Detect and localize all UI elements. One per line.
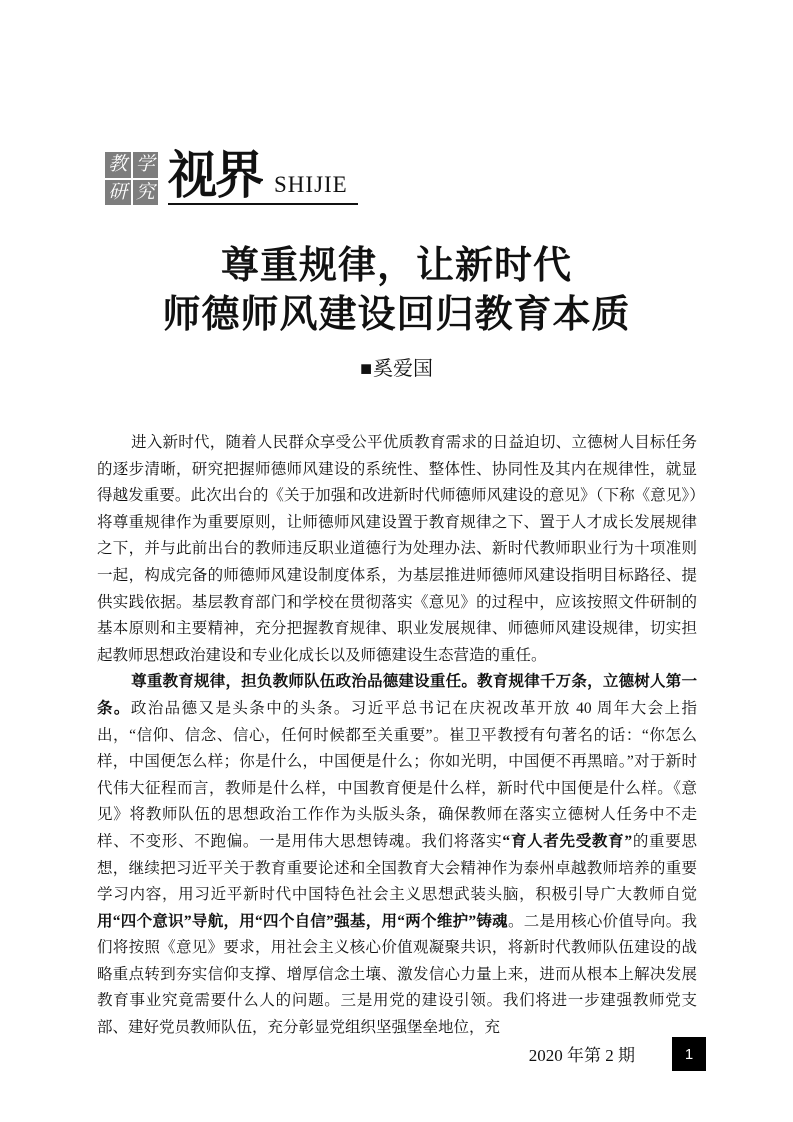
article-title-line2: 师德师风建设回归教育本质 (162, 294, 630, 336)
article-body: 进入新时代，随着人民群众享受公平优质教育需求的日益迫切、立德树人目标任务的逐步清… (97, 430, 697, 1042)
paragraph-2-bold-slogan: 用“四个意识”导航，用“四个自信”强基，用“两个维护”铸魂 (97, 913, 508, 930)
logo-cell: 研 (105, 180, 131, 206)
logo-cell: 究 (133, 180, 159, 206)
author-line: ■奚爱国 (0, 352, 793, 381)
section-title: 视界 SHIJIE (168, 153, 358, 205)
issue-label: 2020 年第 2 期 (400, 1041, 635, 1066)
paragraph-2-segment-1: 政治品德又是头条中的头条。习近平总书记在庆祝改革开放 40 周年大会上指出，“信… (97, 700, 697, 850)
paragraph-2-bold-quote: “育人者先受教育” (502, 833, 632, 850)
logo-cell: 教 (105, 152, 131, 178)
masthead: 教 学 研 究 视界 SHIJIE (105, 152, 358, 205)
paragraph-2: 尊重教育规律，担负教师队伍政治品德建设重任。教育规律千万条，立德树人第一条。政治… (97, 669, 697, 1041)
page-number-badge: 1 (672, 1037, 706, 1071)
section-name-cn: 视界 (168, 152, 262, 201)
paragraph-1-text: 进入新时代，随着人民群众享受公平优质教育需求的日益迫切、立德树人目标任务的逐步清… (97, 434, 697, 664)
article-title: 尊重规律，让新时代 师德师风建设回归教育本质 (0, 242, 793, 340)
article-title-line1: 尊重规律，让新时代 (221, 245, 572, 287)
journal-page: 教 学 研 究 视界 SHIJIE 尊重规律，让新时代 师德师风建设回归教育本质… (0, 0, 793, 1122)
author-square-marker-icon: ■ (360, 358, 372, 380)
section-name-pinyin: SHIJIE (274, 172, 348, 198)
author-name: 奚爱国 (373, 358, 433, 380)
logo-cell: 学 (133, 152, 159, 178)
journal-logo: 教 学 研 究 (105, 152, 158, 205)
page-number: 1 (685, 1046, 693, 1063)
paragraph-1: 进入新时代，随着人民群众享受公平优质教育需求的日益迫切、立德树人目标任务的逐步清… (97, 430, 697, 669)
paragraph-2-segment-3: 。二是用核心价值导向。我们将按照《意见》要求，用社会主义核心价值观凝聚共识，将新… (97, 913, 697, 1036)
